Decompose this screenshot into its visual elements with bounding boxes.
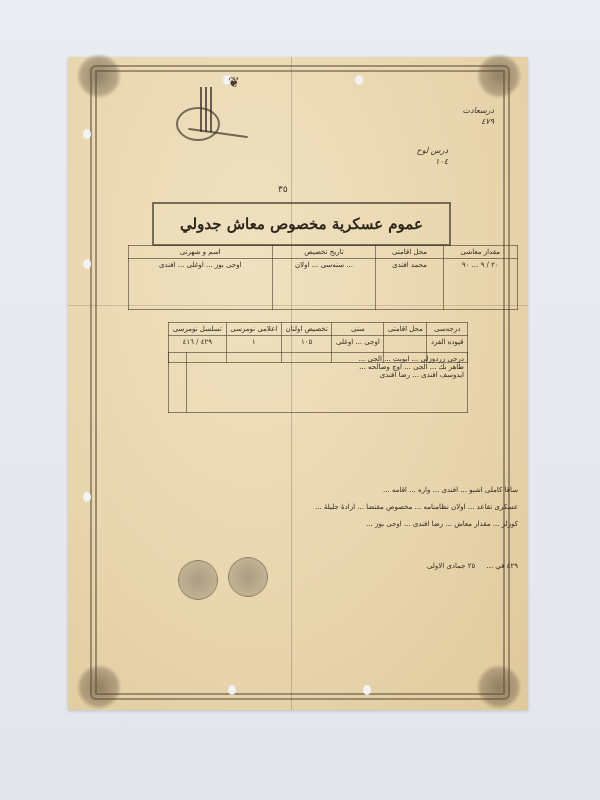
corner-ornament-top-right [476,53,522,99]
punch-hole [83,129,91,139]
document-paper: ❦ درسعادت ٤٧٩ درس لوح ١٠٤ ٣٥ عموم عسكرية… [68,57,528,710]
punch-hole [83,492,91,502]
small-mark: ٣٥ [278,185,288,195]
corner-ornament-top-left [76,53,122,99]
punch-hole [83,259,91,269]
corner-ornament-bottom-right [476,664,522,710]
punch-hole [363,685,371,695]
body-text: ساقا کاملی اشبو ... افندی ... واره ... ا… [128,482,518,533]
tughra-emblem [168,87,248,157]
header-info-table: مقدار معاشی محل اقامتی تاریخ تخصیص اسم و… [128,245,518,310]
punch-hole [228,685,236,695]
margin-note-top-right: درسعادت ٤٧٩ [462,105,494,127]
punch-hole [355,75,363,85]
column-header: اسم و شهرتی [129,246,273,259]
document-title-panel: عموم عسكرية مخصوص معاش جدولي [152,202,451,246]
column-header: محل اقامتی [376,246,443,259]
table-row: درجی زردوزلی ... ابوبت ... الجی ... طاهر… [169,353,468,413]
small-crest-icon: ❦ [228,75,240,91]
margin-note-right: درس لوح ١٠٤ [417,145,448,167]
wax-seal-left [178,560,218,600]
column-header: تاریخ تخصیص [272,246,376,259]
column-header: مقدار معاشی [443,246,517,259]
remarks-table: درجی زردوزلی ... ابوبت ... الجی ... طاهر… [168,352,468,413]
wax-seal-right [228,557,268,597]
table-row: ٢٠ / ٩ ... ٩٠ محمد افندی ... سنه‌سی ... … [129,259,518,310]
corner-ornament-bottom-left [76,664,122,710]
